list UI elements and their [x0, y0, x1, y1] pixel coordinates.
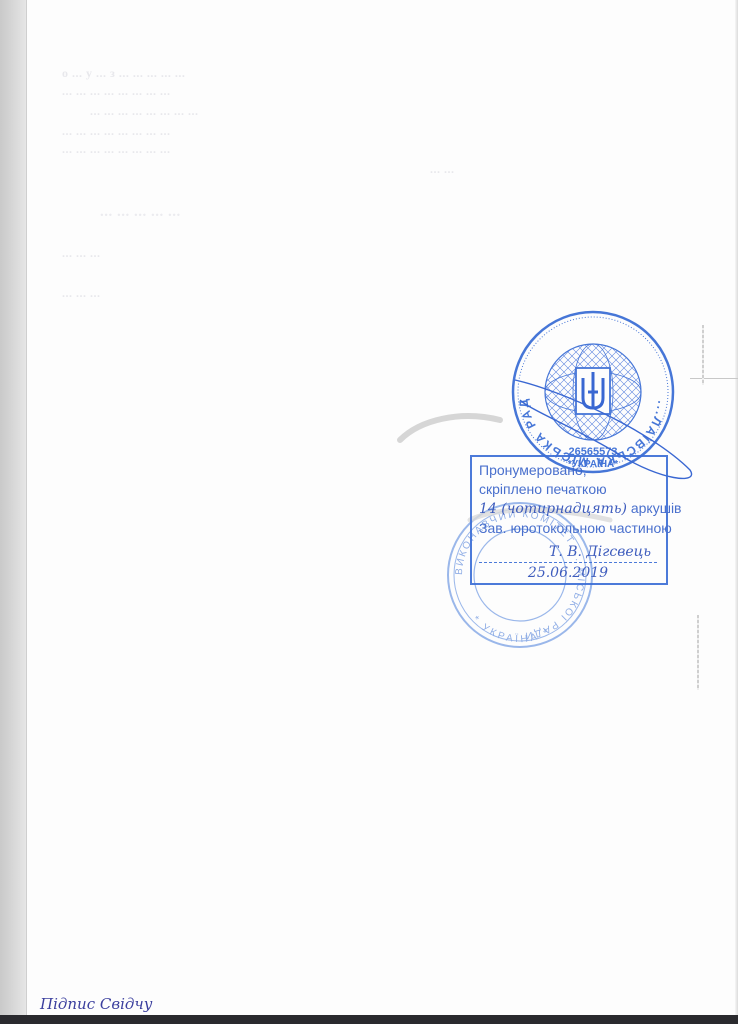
cert-line-1: Пронумеровано, — [479, 461, 666, 480]
bleed-through-heading: ... ... ... ... ... — [100, 204, 181, 221]
bleed-through-line: ... ... ... ... ... ... ... ... — [90, 104, 199, 119]
footer-handwritten-note: Підпис Свідчу — [40, 995, 152, 1013]
cert-date-row: 25.06.2019 — [479, 563, 657, 584]
cert-line-count: 14 (чотирнадцять) аркушів — [479, 499, 666, 519]
cert-date: 25.06.2019 — [528, 565, 608, 581]
bleed-through-row: ... ... ... — [62, 246, 101, 261]
svg-text:* УКРАЇНА *: * УКРАЇНА * — [470, 614, 553, 645]
bleed-through-line: о ... у ... з ... ... ... ... ... — [62, 66, 185, 81]
cert-signature: Т. В. Дігсвець — [549, 544, 651, 560]
bleed-through-row: ... ... ... — [62, 286, 101, 301]
bleed-through-line: ... ... ... ... ... ... ... ... — [62, 84, 171, 99]
page-fold-line — [690, 378, 738, 379]
certification-stamp: Пронумеровано, скріплено печаткою 14 (чо… — [470, 455, 668, 585]
bleed-through-line: ... ... ... ... ... ... ... ... — [62, 124, 171, 139]
cert-position: Зав. юротокольною частиною — [479, 519, 666, 538]
scanner-left-margin — [0, 0, 27, 1024]
bleed-through-line: ... ... ... ... ... ... ... ... — [62, 142, 171, 157]
cert-count-suffix: аркушів — [631, 500, 682, 516]
bleed-through-note: ... ... — [430, 162, 455, 177]
scanner-bottom-edge — [0, 1015, 738, 1024]
binding-thread — [697, 615, 699, 690]
binding-thread — [702, 325, 704, 385]
cert-signature-row: Т. В. Дігсвець — [479, 542, 657, 563]
cert-line-2: скріплено печаткою — [479, 480, 666, 499]
cert-count-handwritten: 14 (чотирнадцять) — [479, 501, 627, 517]
